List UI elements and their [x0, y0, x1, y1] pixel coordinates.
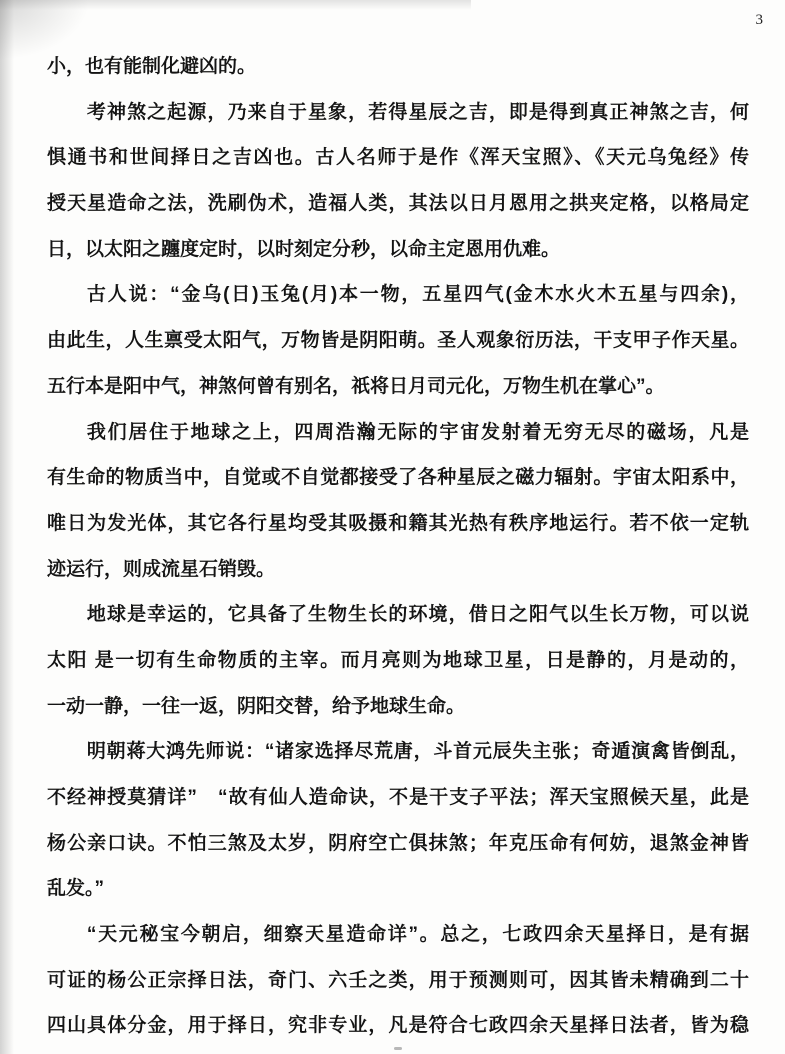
scan-shadow-left — [0, 0, 14, 1054]
text-line: 一动一静，一往一返，阴阳交替，给予地球生命。 — [47, 684, 749, 730]
text-line: 迹运行，则成流星石销毁。 — [47, 547, 749, 593]
page-number: 3 — [756, 12, 764, 29]
text-line: 授天星造命之法，洗刷伪术，造福人类，其法以日月恩用之拱夹定格，以格局定 — [47, 181, 749, 227]
scan-artifact-dot — [394, 1047, 402, 1050]
text-line: 由此生，人生禀受太阳气，万物皆是阴阳萌。圣人观象衍历法，干支甲子作天星。 — [47, 318, 749, 364]
text-line: 明朝蒋大鸿先师说：“诸家选择尽荒唐，斗首元辰失主张；奇遁演禽皆倒乱， — [47, 729, 749, 775]
text-line: 唯日为发光体，其它各行星均受其吸摄和籍其光热有秩序地运行。若不依一定轨 — [47, 501, 749, 547]
text-line: 小，也有能制化避凶的。 — [47, 44, 749, 90]
text-line: 五行本是阳中气，神煞何曾有别名，祇将日月司元化，万物生机在掌心”。 — [47, 364, 749, 410]
text-line: 乱发。” — [47, 866, 749, 912]
text-line: 太阳 是一切有生命物质的主宰。而月亮则为地球卫星，日是静的，月是动的， — [47, 638, 749, 684]
text-line: 日，以太阳之躔度定时，以时刻定分秒，以命主定恩用仇难。 — [47, 227, 749, 273]
text-line: 考神煞之起源，乃来自于星象，若得星辰之吉，即是得到真正神煞之吉，何 — [47, 90, 749, 136]
text-line: 四山具体分金，用于择日，究非专业，凡是符合七政四余天星择日法者，皆为稳 — [47, 1003, 749, 1049]
text-line: “天元秘宝今朝启，细察天星造命详”。总之，七政四余天星择日，是有据 — [47, 912, 749, 958]
text-line: 有生命的物质当中，自觉或不自觉都接受了各种星辰之磁力辐射。宇宙太阳系中， — [47, 455, 749, 501]
text-line: 可证的杨公正宗择日法，奇门、六壬之类，用于预测则可，因其皆未精确到二十 — [47, 958, 749, 1004]
text-line: 不经神授莫猜详” “故有仙人造命诀，不是干支子平法；浑天宝照候天星，此是 — [47, 775, 749, 821]
text-line: 杨公亲口诀。不怕三煞及太岁，阴府空亡俱抹煞；年克压命有何妨，退煞金神皆 — [47, 821, 749, 867]
text-line: 我们居住于地球之上，四周浩瀚无际的宇宙发射着无穷无尽的磁场，凡是 — [47, 410, 749, 456]
scan-shadow-top — [0, 0, 471, 10]
scanned-book-page: { "page_number": "3", "document": { "lin… — [0, 0, 785, 1054]
body-text: 小，也有能制化避凶的。 考神煞之起源，乃来自于星象，若得星辰之吉，即是得到真正神… — [47, 44, 749, 1049]
text-line: 惧通书和世间择日之吉凶也。古人名师于是作《浑天宝照》、《天元乌兔经》传 — [47, 135, 749, 181]
text-line: 古人说：“金乌(日)玉兔(月)本一物，五星四气(金木水火木五星与四余)， — [47, 272, 749, 318]
text-line: 地球是幸运的，它具备了生物生长的环境，借日之阳气以生长万物，可以说 — [47, 592, 749, 638]
